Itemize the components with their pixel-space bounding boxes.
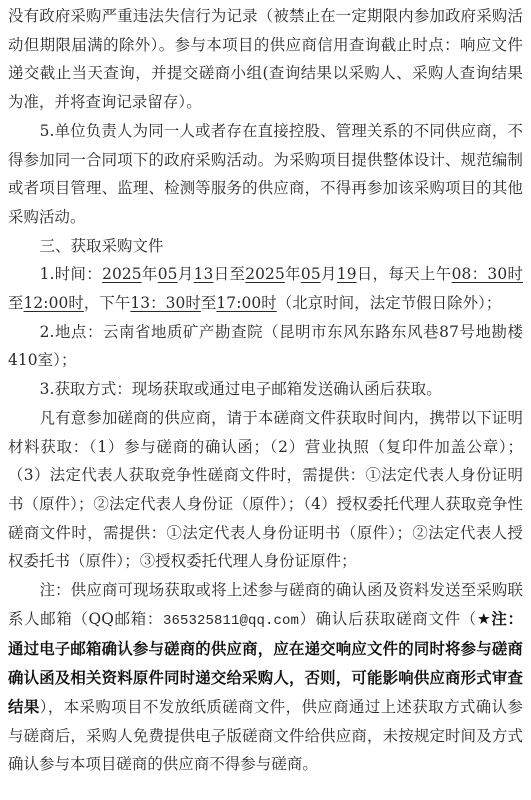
note-tail: ），本采购项目不发放纸质磋商文件，供应商通过上述获取方式确认参与磋商后，采购人免… [8, 698, 523, 773]
unit-text: 月 [321, 265, 337, 283]
paragraph-time: 1.时间：2025年05月13日至2025年05月19日，每天上午08：30时至… [8, 260, 523, 317]
paragraph-item-5: 5.单位负责人为同一人或者存在直接控股、管理关系的不同供应商，不得参加同一合同项… [8, 117, 523, 232]
paragraph-note: 注：供应商可现场获取或将上述参与磋商的确认函及资料发送至采购联系人邮箱（QQ邮箱… [8, 576, 523, 779]
end-month: 05 [301, 265, 321, 283]
contact-email: 365325811@qq.com [163, 613, 299, 629]
time-label: 1.时间： [40, 265, 103, 283]
paragraph-requirements: 凡有意参加磋商的供应商，请于本磋商文件获取时间内，携带以下证明材料获取：（1）参… [8, 404, 523, 576]
unit-text: ，下午 [84, 294, 130, 312]
unit-text: 日，每天上午 [357, 265, 452, 283]
start-day: 13 [194, 265, 214, 283]
pm-start-time: 13：30时 [130, 294, 201, 312]
start-year: 2025 [102, 265, 142, 283]
paragraph-credit-record: 没有政府采购严重违法失信行为记录（被禁止在一定期限内参加政府采购活动但期限届满的… [8, 2, 523, 117]
section-heading-obtain-documents: 三、获取采购文件 [8, 232, 523, 261]
am-end-time: 12:00时 [24, 294, 84, 312]
time-suffix: （北京时间，法定节假日除外）； [277, 294, 502, 312]
am-start-time: 08：30时 [452, 265, 523, 283]
start-month: 05 [158, 265, 178, 283]
document-page: 没有政府采购严重违法失信行为记录（被禁止在一定期限内参加政府采购活动但期限届满的… [0, 0, 531, 779]
end-year: 2025 [245, 265, 285, 283]
paragraph-method: 3.获取方式：现场获取或通过电子邮箱发送确认函后获取。 [8, 375, 523, 404]
paragraph-location: 2.地点：云南省地质矿产勘查院（昆明市东风东路东风巷87号地勘楼410室）； [8, 318, 523, 375]
unit-text: 年 [142, 265, 158, 283]
note-after-email: ）确认后获取磋商文件（ [299, 610, 477, 628]
unit-text: 至 [201, 294, 217, 312]
end-day: 19 [337, 265, 357, 283]
unit-text: 月 [178, 265, 194, 283]
unit-text: 日至 [213, 265, 245, 283]
unit-text: 年 [285, 265, 301, 283]
pm-end-time: 17:00时 [216, 294, 276, 312]
unit-text: 至 [8, 294, 24, 312]
